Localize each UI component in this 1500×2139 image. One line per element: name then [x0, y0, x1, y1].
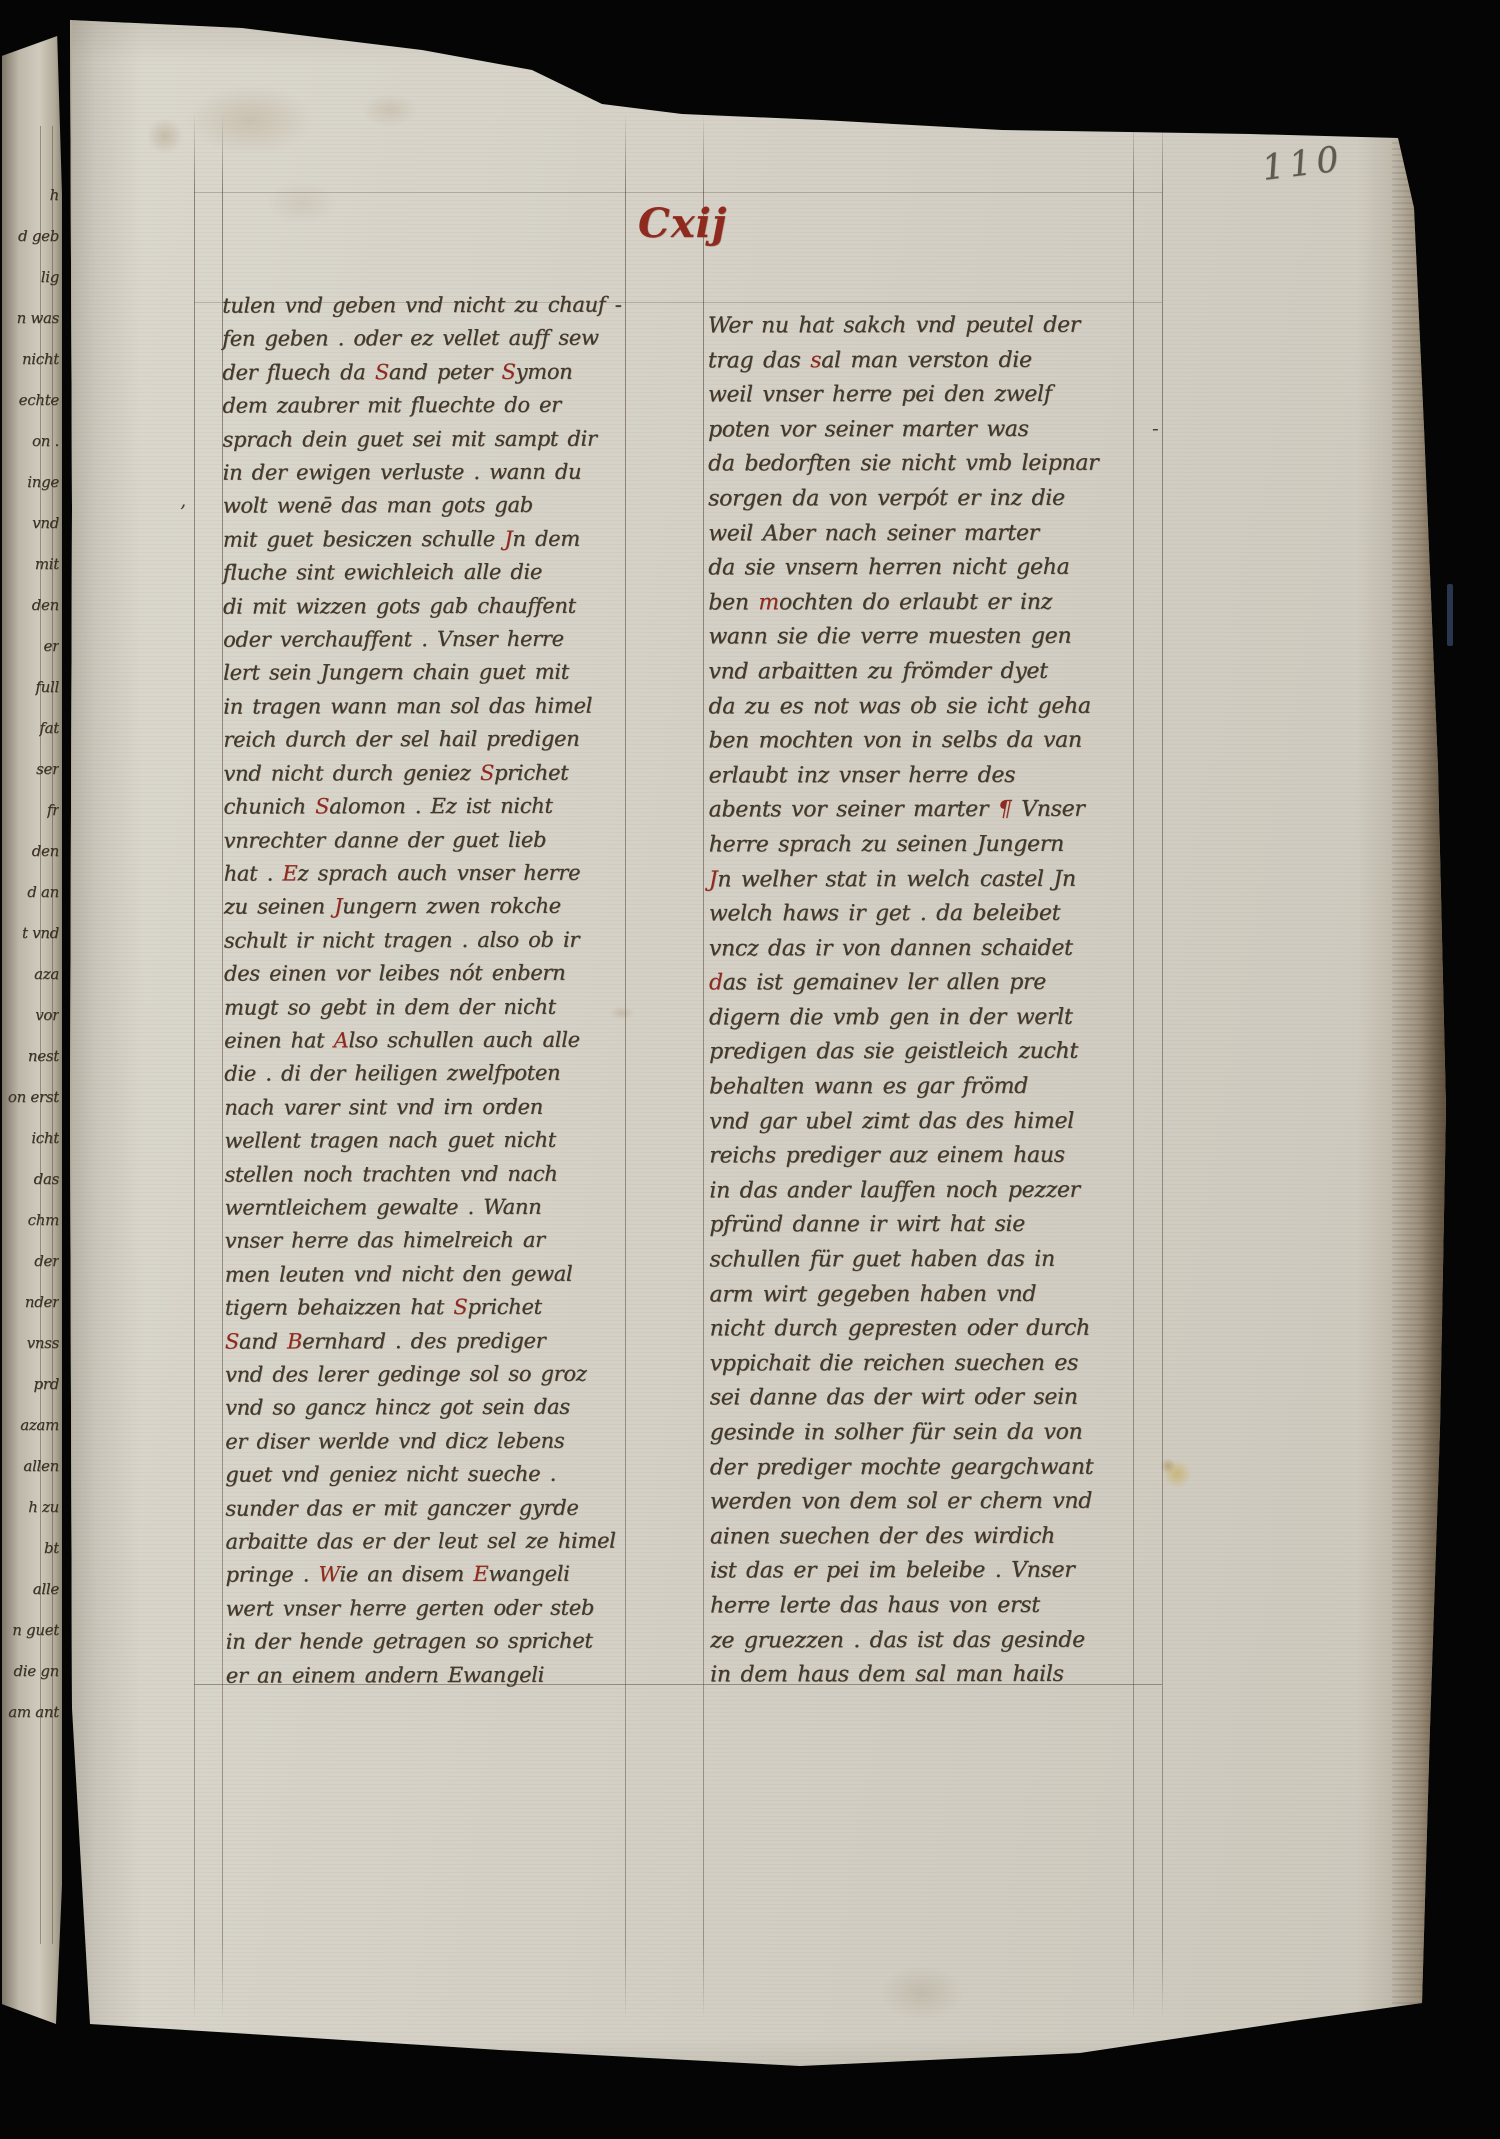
manuscript-text-line: tulen vnd geben vnd nicht zu chauf -: [222, 288, 696, 323]
manuscript-text-line: da sie vnsern herren nicht geha: [708, 551, 1182, 586]
previous-folio-text-fragment: das: [34, 1170, 59, 1188]
manuscript-text-line: fen geben . oder ez vellet auff sew: [222, 322, 696, 357]
previous-folio-text-fragment: nest: [28, 1047, 59, 1065]
manuscript-text-line: sunder das er mit ganczer gyrde: [225, 1491, 699, 1526]
manuscript-text-line: digern die vmb gen in der werlt: [709, 1000, 1183, 1035]
manuscript-text-line: vnd nicht durch geniez Sprichet: [223, 756, 697, 791]
rubricated-letter: S: [315, 794, 329, 818]
manuscript-text-line: men leuten vnd nicht den gewal: [225, 1257, 699, 1292]
rubricated-letter: S: [480, 761, 494, 785]
previous-folio-text-fragment: t vnd: [22, 924, 59, 942]
previous-folio-text-fragment: d an: [27, 883, 59, 901]
manuscript-text-line: vnrechter danne der guet lieb: [224, 823, 698, 858]
manuscript-text-line: reich durch der sel hail predigen: [223, 723, 697, 758]
manuscript-text-line: reichs prediger auz einem haus: [709, 1139, 1183, 1174]
previous-folio-text-fragment: bt: [44, 1539, 59, 1557]
rubricated-letter: s: [810, 348, 821, 373]
manuscript-text-line: oder verchauffent . Vnser herre: [223, 622, 697, 657]
manuscript-text-line: werntleichem gewalte . Wann: [225, 1190, 699, 1225]
rubricated-letter: S: [225, 1329, 239, 1353]
manuscript-text-line: der prediger mochte geargchwant: [710, 1450, 1184, 1485]
previous-folio-text-fragment: vor: [35, 1006, 59, 1024]
text-column-right: Wer nu hat sakch vnd peutel dertrag das …: [708, 309, 1184, 1694]
previous-folio-text-fragment: vnss: [27, 1334, 59, 1352]
previous-folio-text-fragment: nder: [25, 1293, 59, 1311]
previous-folio-text-fragment: on .: [32, 432, 59, 450]
previous-folio-text-fragment: er: [44, 637, 59, 655]
previous-folio-text-fragment: der: [34, 1252, 59, 1270]
manuscript-text-line: des einen vor leibes nót enbern: [224, 957, 698, 992]
manuscript-text-line: da zu es not was ob sie icht geha: [708, 689, 1182, 724]
rubricated-letter: J: [504, 527, 512, 551]
manuscript-text-line: da bedorften sie nicht vmb leipnar: [708, 447, 1182, 482]
manuscript-text-line: Wer nu hat sakch vnd peutel der: [708, 309, 1182, 344]
manuscript-text-line: pringe . Wie an disem Ewangeli: [225, 1558, 699, 1593]
ruling-line-horizontal-top: [194, 192, 1162, 193]
previous-folio-text-fragment: n was: [17, 309, 59, 327]
chapter-heading: Cxij: [638, 200, 727, 247]
previous-folio-text-fragment: n guet: [12, 1621, 59, 1639]
manuscript-text-line: sorgen da von verpót er inz die: [708, 482, 1182, 517]
manuscript-text-line: wann sie die verre muesten gen: [708, 620, 1182, 655]
previous-folio-text-fragment: mit: [35, 555, 59, 573]
manuscript-text-line: in der hende getragen so sprichet: [226, 1625, 700, 1660]
previous-folio-text-fragment: inge: [27, 473, 59, 491]
manuscript-text-line: in dem haus dem sal man hails: [710, 1658, 1184, 1693]
manuscript-text-line: sprach dein guet sei mit sampt dir: [223, 422, 697, 457]
manuscript-text-line: chunich Salomon . Ez ist nicht: [223, 789, 697, 824]
previous-folio-text-fragment: nicht: [22, 350, 59, 368]
text-column-left: tulen vnd geben vnd nicht zu chauf -fen …: [222, 288, 700, 1692]
manuscript-text-line: gesinde in solher für sein da von: [710, 1416, 1184, 1451]
manuscript-text-line: nicht durch gepresten oder durch: [710, 1312, 1184, 1347]
previous-folio-text-fragment: prd: [34, 1375, 59, 1393]
rubricated-letter: A: [334, 1028, 349, 1052]
previous-folio-text-fragment: azam: [20, 1416, 59, 1434]
manuscript-text-line: welch haws ir get . da beleibet: [709, 897, 1183, 932]
margin-mark: -: [1152, 416, 1159, 440]
manuscript-text-line: nach varer sint vnd irn orden: [224, 1090, 698, 1125]
rubricated-letter: E: [473, 1562, 488, 1586]
margin-mark: ʼ: [179, 500, 185, 524]
manuscript-text-line: in der ewigen verluste . wann du: [223, 455, 697, 490]
manuscript-text-line: predigen das sie geistleich zucht: [709, 1035, 1183, 1070]
previous-folio-text-fragment: chm: [28, 1211, 59, 1229]
previous-folio-text-fragment: am ant: [8, 1703, 59, 1721]
previous-folio-text-fragment: fr: [47, 801, 59, 819]
manuscript-text-line: stellen noch trachten vnd nach: [224, 1157, 698, 1192]
manuscript-text-line: hat . Ez sprach auch vnser herre: [224, 856, 698, 891]
manuscript-text-line: schult ir nicht tragen . also ob ir: [224, 923, 698, 958]
previous-folio-text-fragment: fat: [39, 719, 59, 737]
photo-backdrop: { "page": { "heading": "Cxij", "folio_nu…: [0, 0, 1500, 2139]
manuscript-text-line: vnd des lerer gedinge sol so groz: [225, 1357, 699, 1392]
manuscript-text-line: werden von dem sol er chern vnd: [710, 1485, 1184, 1520]
manuscript-text-line: herre sprach zu seinen Jungern: [709, 827, 1183, 862]
rubricated-letter: J: [709, 867, 718, 892]
rubricated-letter: S: [453, 1295, 467, 1319]
manuscript-text-line: wellent tragen nach guet nicht: [224, 1124, 698, 1159]
manuscript-text-line: das ist gemainev ler allen pre: [709, 966, 1183, 1001]
manuscript-text-line: trag das sal man verston die: [708, 343, 1182, 378]
previous-folio-text-fragment: alle: [33, 1580, 59, 1598]
previous-folio-text-fragment: den: [32, 842, 59, 860]
manuscript-text-line: lert sein Jungern chain guet mit: [223, 656, 697, 691]
manuscript-text-line: ainen suechen der des wirdich: [710, 1519, 1184, 1554]
manuscript-text-line: vnser herre das himelreich ar: [225, 1224, 699, 1259]
manuscript-text-line: pfründ danne ir wirt hat sie: [709, 1208, 1183, 1243]
manuscript-text-line: vncz das ir von dannen schaidet: [709, 931, 1183, 966]
ruling-line-vertical-outer-left: [194, 112, 195, 2020]
previous-folio-text-fragment: d geb: [18, 227, 59, 245]
previous-folio-text-fragment: echte: [19, 391, 59, 409]
manuscript-text-line: zu seinen Jungern zwen rokche: [224, 890, 698, 925]
rubricated-letter: E: [282, 861, 297, 885]
manuscript-text-line: schullen für guet haben das in: [709, 1243, 1183, 1278]
manuscript-page: Cxij 110 tulen vnd geben vnd nicht zu ch…: [62, 8, 1452, 2108]
manuscript-text-line: die . di der heiligen zwelfpoten: [224, 1057, 698, 1092]
manuscript-text-line: tigern behaizzen hat Sprichet: [225, 1291, 699, 1326]
rubricated-letter: m: [758, 590, 779, 615]
previous-folio-text-fragment: full: [35, 678, 59, 696]
manuscript-text-line: in tragen wann man sol das himel: [223, 689, 697, 724]
manuscript-text-line: arbaitte das er der leut sel ze himel: [225, 1524, 699, 1559]
manuscript-text-line: di mit wizzen gots gab chauffent: [223, 589, 697, 624]
manuscript-text-line: abents vor seiner marter ¶ Vnser: [709, 793, 1183, 828]
previous-folio-text-fragment: icht: [31, 1129, 59, 1147]
previous-folio-text-fragment: h zu: [28, 1498, 59, 1516]
rubricated-letter: S: [375, 360, 389, 384]
manuscript-text-line: er an einem andern Ewangeli: [226, 1658, 700, 1693]
manuscript-text-line: herre lerte das haus von erst: [710, 1589, 1184, 1624]
ruling-line-vertical-right-column-start: [703, 112, 704, 2020]
manuscript-text-line: der fluech da Sand peter Symon: [222, 355, 696, 390]
manuscript-text-line: ben mochten do erlaubt er inz: [708, 585, 1182, 620]
manuscript-text-line: vnd arbaitten zu frömder dyet: [708, 655, 1182, 690]
manuscript-text-line: fluche sint ewichleich alle die: [223, 556, 697, 591]
manuscript-text-line: sei danne das der wirt oder sein: [710, 1381, 1184, 1416]
manuscript-text-line: Jn welher stat in welch castel Jn: [709, 862, 1183, 897]
manuscript-text-line: mit guet besiczen schulle Jn dem: [223, 522, 697, 557]
manuscript-text-line: guet vnd geniez nicht sueche .: [225, 1458, 699, 1493]
previous-folio-text-fragment: die gn: [13, 1662, 59, 1680]
manuscript-text-line: poten vor seiner marter was: [708, 412, 1182, 447]
manuscript-text-line: wert vnser herre gerten oder steb: [226, 1591, 700, 1626]
manuscript-text-line: behalten wann es gar frömd: [709, 1070, 1183, 1105]
previous-folio-text-fragment: vnd: [32, 514, 59, 532]
previous-folio-text-fragment: on erst: [8, 1088, 59, 1106]
previous-folio-text-fragment: aza: [34, 965, 59, 983]
folio-number: 110: [1260, 139, 1346, 189]
manuscript-text-line: dem zaubrer mit fluechte do er: [222, 389, 696, 424]
manuscript-text-line: weil Aber nach seiner marter: [708, 516, 1182, 551]
manuscript-text-line: wolt wenē das man gots gab: [223, 489, 697, 524]
manuscript-text-line: arm wirt gegeben haben vnd: [709, 1277, 1183, 1312]
manuscript-text-line: vppichait die reichen suechen es: [710, 1346, 1184, 1381]
rubricated-letter: ¶: [998, 797, 1012, 822]
previous-folio-text-fragment: ser: [36, 760, 59, 778]
manuscript-text-line: vnd gar ubel zimt das des himel: [709, 1104, 1183, 1139]
manuscript-text-line: weil vnser herre pei den zwelf: [708, 378, 1182, 413]
rubricated-letter: d: [709, 971, 723, 996]
manuscript-text-line: Sand Bernhard . des prediger: [225, 1324, 699, 1359]
rubricated-letter: S: [502, 360, 516, 384]
rubricated-letter: W: [318, 1563, 339, 1587]
manuscript-text-line: er diser werlde vnd dicz lebens: [225, 1424, 699, 1459]
previous-folio-text-fragment: den: [32, 596, 59, 614]
manuscript-text-line: vnd so gancz hincz got sein das: [225, 1391, 699, 1426]
rubricated-letter: B: [287, 1329, 302, 1353]
manuscript-text-line: ze gruezzen . das ist das gesinde: [710, 1623, 1184, 1658]
previous-folio-edge: hd geblign wasnichtechteon .ingevndmitde…: [2, 36, 62, 2024]
fore-edge-shading: [1392, 130, 1450, 2014]
manuscript-text-line: einen hat Also schullen auch alle: [224, 1023, 698, 1058]
binding-thread-mark: [1447, 584, 1453, 646]
manuscript-text-line: erlaubt inz vnser herre des: [709, 758, 1183, 793]
manuscript-text-line: ben mochten von in selbs da van: [709, 724, 1183, 759]
manuscript-text-line: ist das er pei im beleibe . Vnser: [710, 1554, 1184, 1589]
previous-folio-text-fragment: allen: [23, 1457, 59, 1475]
previous-folio-text-fragment: h: [50, 186, 59, 204]
previous-folio-text-fragment: lig: [41, 268, 59, 286]
manuscript-text-line: in das ander lauffen noch pezzer: [709, 1173, 1183, 1208]
manuscript-text-line: mugt so gebt in dem der nicht: [224, 990, 698, 1025]
